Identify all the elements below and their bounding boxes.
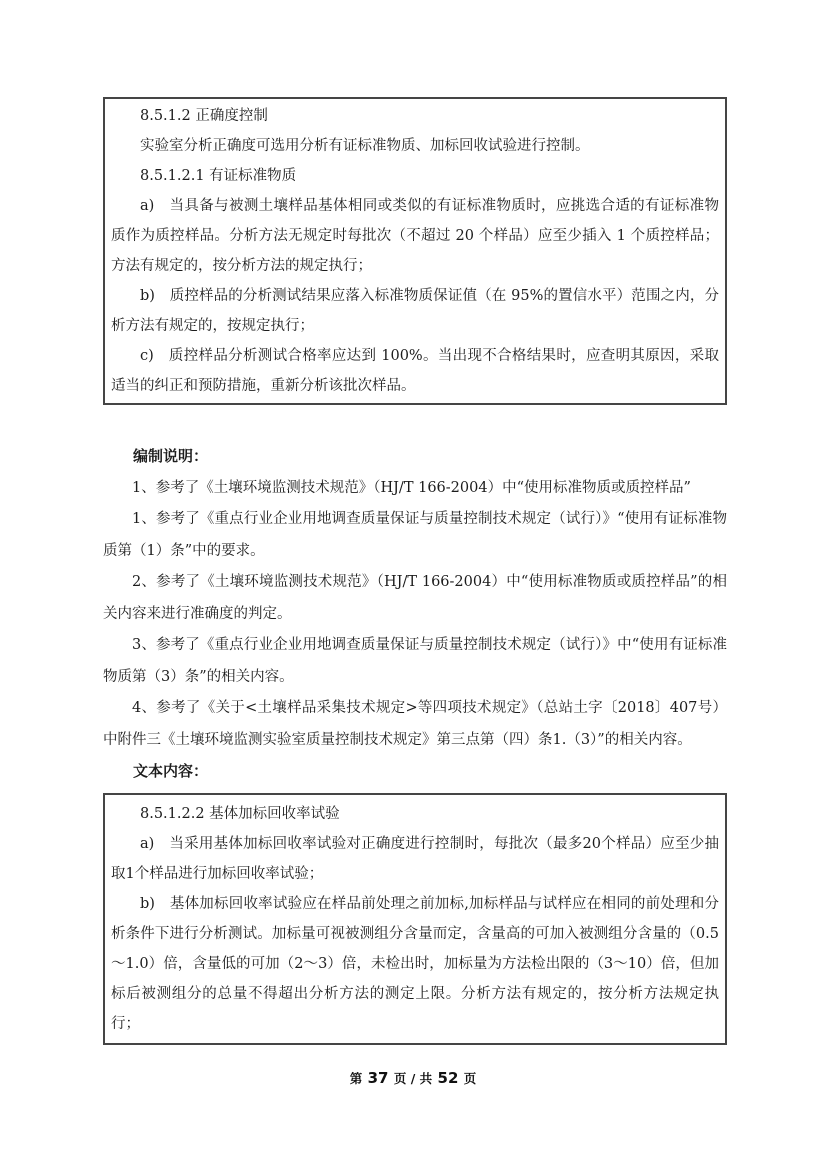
footer-label-prefix: 第 — [350, 1071, 363, 1086]
compilation-notes-section: 编制说明：1、参考了《土壤环境监测技术规范》（HJ/T 166-2004）中“使… — [103, 441, 727, 788]
current-page-number: 37 — [367, 1069, 390, 1087]
footer-label-page: 页 — [464, 1071, 477, 1086]
paragraph: 实验室分析正确度可选用分析有证标准物质、加标回收试验进行控制。 — [111, 131, 719, 161]
paragraph: c) 质控样品分析测试合格率应达到 100%。当出现不合格结果时，应查明其原因，… — [111, 341, 719, 401]
paragraph: 8.5.1.2 正确度控制 — [111, 101, 719, 131]
footer-label-page: 页 — [394, 1071, 407, 1086]
paragraph: 2、参考了《土壤环境监测技术规范》（HJ/T 166-2004）中“使用标准物质… — [103, 567, 727, 630]
paragraph: 编制说明： — [103, 441, 727, 473]
text-content-box-spike-recovery: 8.5.1.2.2 基体加标回收率试验a) 当采用基体加标回收率试验对正确度进行… — [103, 793, 727, 1045]
footer-label-total: 共 — [420, 1071, 433, 1086]
paragraph: a) 当采用基体加标回收率试验对正确度进行控制时，每批次（最多20个样品）应至少… — [111, 829, 719, 889]
paragraph: b) 基体加标回收率试验应在样品前处理之前加标,加标样品与试样应在相同的前处理和… — [111, 889, 719, 1039]
paragraph: a) 当具备与被测土壤样品基体相同或类似的有证标准物质时，应挑选合适的有证标准物… — [111, 191, 719, 281]
paragraph: 8.5.1.2.2 基体加标回收率试验 — [111, 799, 719, 829]
total-page-number: 52 — [437, 1069, 460, 1087]
paragraph: 4、参考了《关于<土壤样品采集技术规定>等四项技术规定》（总站土字〔2018〕4… — [103, 693, 727, 756]
text-content-box-accuracy-control: 8.5.1.2 正确度控制实验室分析正确度可选用分析有证标准物质、加标回收试验进… — [103, 97, 727, 405]
paragraph: 3、参考了《重点行业企业用地调查质量保证与质量控制技术规定（试行）》中“使用有证… — [103, 630, 727, 693]
paragraph: 文本内容： — [103, 756, 727, 788]
paragraph: 8.5.1.2.1 有证标准物质 — [111, 161, 719, 191]
footer-separator: / — [411, 1071, 416, 1086]
paragraph: 1、参考了《重点行业企业用地调查质量保证与质量控制技术规定（试行）》“使用有证标… — [103, 504, 727, 567]
page-footer: 第 37 页 / 共 52 页 — [0, 1069, 826, 1087]
paragraph: 1、参考了《土壤环境监测技术规范》（HJ/T 166-2004）中“使用标准物质… — [103, 473, 727, 505]
paragraph: b) 质控样品的分析测试结果应落入标准物质保证值（在 95%的置信水平）范围之内… — [111, 281, 719, 341]
